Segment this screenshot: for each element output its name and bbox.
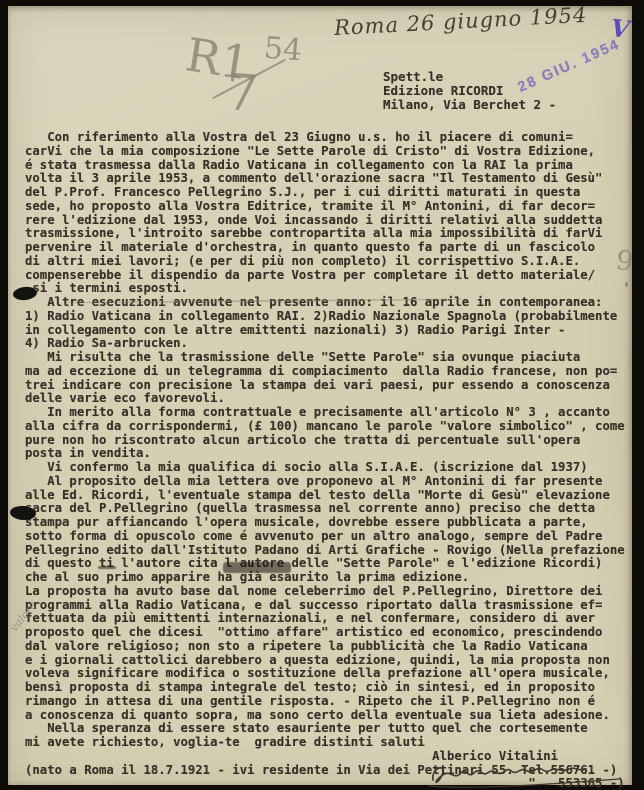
letter-line: dal valore religioso; non sto a ripetere… [25,640,631,654]
letter-line: carVi che la mia composizione "Le Sette … [25,145,631,159]
letter-line: alla cifra da corrispondermi, (£ 100) ma… [25,420,631,434]
letter-line: pervenire il materiale d'orchestra, in q… [25,241,631,255]
letter-line: che al suo primo apparire ha già esaurit… [25,571,631,585]
letter-line: rimango in attesa di una gentile rispost… [25,695,631,709]
typewriter-strikethrough [98,566,116,569]
letter-line: sede, ho proposto alla Vostra Editrice, … [25,200,631,214]
letter-line: posta in vendita. [25,447,631,461]
letter-line: sotto forma di opuscolo come é avvenuto … [25,530,631,544]
letter-line: stampa pur affiancando l'opera musicale,… [25,516,631,530]
letter-line: La proposta ha avuto base dal nome celeb… [25,585,631,599]
letter-line: 1) Radio Vaticana in collegamento RAI. 2… [25,310,631,324]
letter-line: voleva significare modifica o sostituzio… [25,667,631,681]
letter-line: fettuata da più emittenti internazionali… [25,612,631,626]
letter-line: volta il 3 aprile 1953, a commento dell'… [25,172,631,186]
letter-line: delle varie eco favorevoli. [25,392,631,406]
handwritten-date: Roma 26 giugno 1954 [334,4,565,40]
letter-line: mi avete richiesto, voglia-te gradire di… [25,736,631,750]
letter-line: ma ad eccezione di un telegramma di comp… [25,365,631,379]
letter-line: Con riferimento alla Vostra del 23 Giugn… [25,131,631,145]
letter-line: Nella speranza di essere stato esaurient… [25,722,631,736]
letter-line: bensì proposta di stampa integrale del t… [25,681,631,695]
typewriter-overstrike [223,562,291,573]
recipient-line: Spett.le [383,70,556,84]
letter-line: trasmissione, l'introito sarebbe controp… [25,227,631,241]
handwritten-signature [423,758,633,790]
letter-line: di questo ti l'autore cita l'autore dell… [25,557,631,571]
pencil-reference-year: 54 [263,31,304,69]
scanned-letter-page: Roma 26 giugno 1954 V 28 GIU. 1954 R1 7 … [8,6,632,785]
letter-line: Mi risulta che la trasmissione delle "Se… [25,351,631,365]
recipient-line: Edizione RICORDI [383,84,556,98]
pencil-query-mark: 9 [614,245,636,278]
letter-line: sacra del P.Pellegrino (quella trasmessa… [25,502,631,516]
letter-line: Altre esecuzioni avvenute nel presente a… [25,296,631,310]
letter-line: Vi confermo la mia qualifica di socio al… [25,461,631,475]
pencil-dot [625,282,628,287]
pencil-reference-number: 7 [224,63,260,123]
recipient-address: Spett.leEdizione RICORDIMilano, Via Berc… [383,70,556,111]
letter-line: 4) Radio Sa-arbrucken. [25,337,631,351]
letter-line: In merito alla forma contrattuale e prec… [25,406,631,420]
letter-body: Con riferimento alla Vostra del 23 Giugn… [25,131,631,790]
letter-line: Al proposito della mia lettera ove propo… [25,475,631,489]
letter-line: proposto quel che dicesi "ottimo affare"… [25,626,631,640]
letter-line: di altri miei lavori; (e per di più non … [25,255,631,269]
letter-line: si i termini esposti. [25,282,631,296]
letter-line: del P.Prof. Francesco Pellegrino S.J., p… [25,186,631,200]
recipient-line: Milano, Via Berchet 2 - [383,98,556,112]
